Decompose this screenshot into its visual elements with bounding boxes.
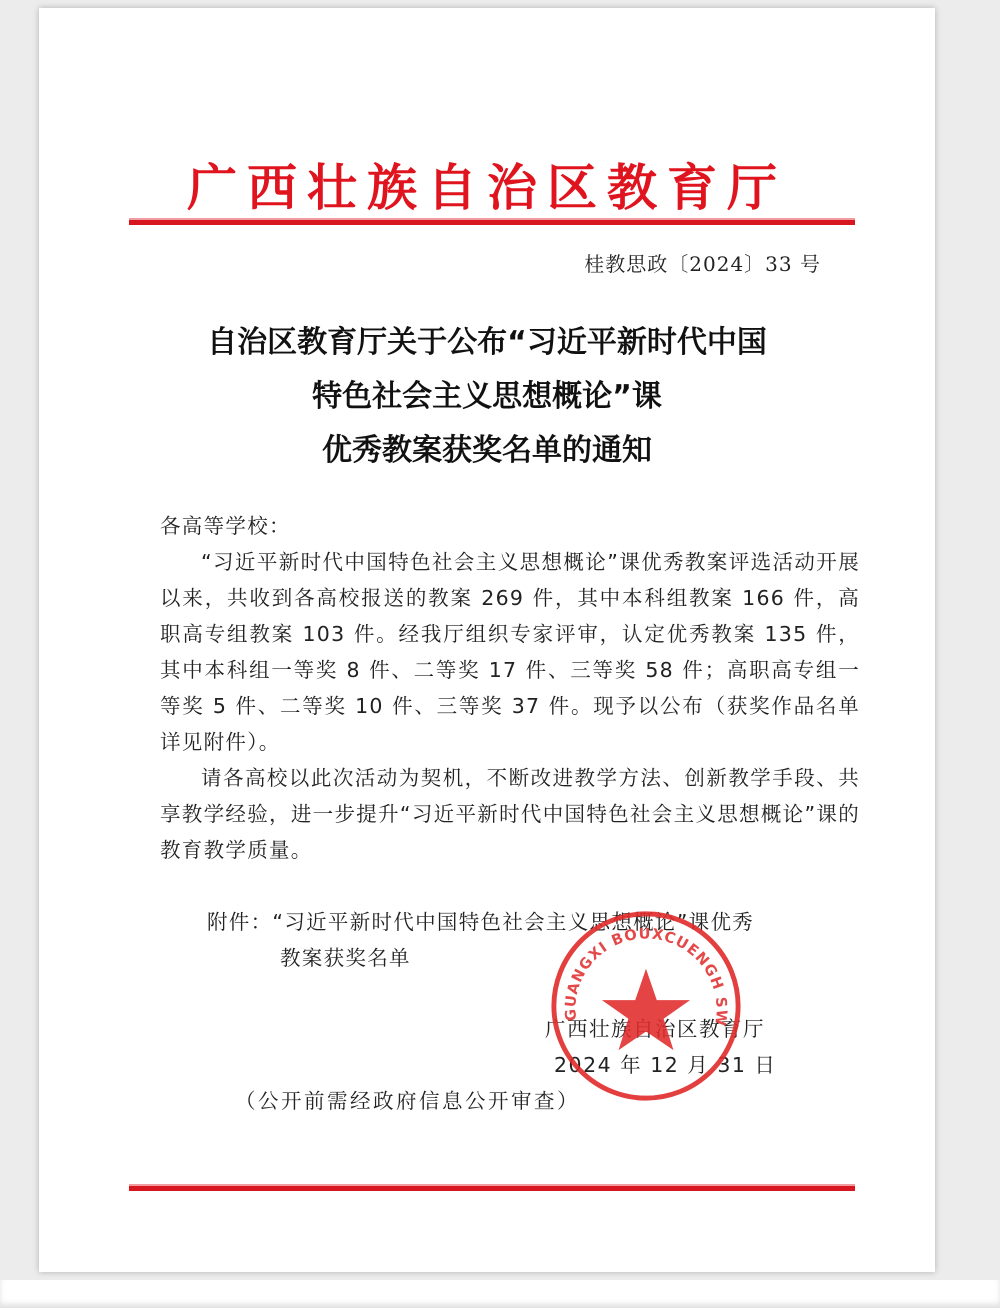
title-line-3: 优秀教案获奖名单的通知 — [39, 424, 935, 478]
paragraph-1: “习近平新时代中国特色社会主义思想概论”课优秀教案评选活动开展以来，共收到各高校… — [160, 544, 860, 760]
letterhead-title: 广西壮族自治区教育厅 — [39, 158, 935, 218]
document-body: 各高等学校： “习近平新时代中国特色社会主义思想概论”课优秀教案评选活动开展以来… — [160, 508, 860, 868]
document-title: 自治区教育厅关于公布“习近平新时代中国 特色社会主义思想概论”课 优秀教案获奖名… — [39, 316, 935, 478]
document-page: 广西壮族自治区教育厅 桂教思政〔2024〕33 号 自治区教育厅关于公布“习近平… — [39, 8, 935, 1272]
title-line-1: 自治区教育厅关于公布“习近平新时代中国 — [39, 316, 935, 370]
letterhead-rule-top — [129, 218, 855, 225]
title-line-2: 特色社会主义思想概论”课 — [39, 370, 935, 424]
official-seal-icon: GUANGXI BOUXCUENGH SWCIGIH YUZDINGH 广西壮族… — [548, 908, 744, 1104]
disclosure-note: （公开前需经政府信息公开审查） — [235, 1084, 580, 1114]
footer-rule — [129, 1184, 855, 1191]
paragraph-2: 请各高校以此次活动为契机，不断改进教学方法、创新教学手段、共享教学经验，进一步提… — [160, 760, 860, 868]
attachment-line-1: 附件：“习近平新时代中国特色社会主义思想概论”课优秀 — [207, 904, 867, 940]
attachment-note: 附件：“习近平新时代中国特色社会主义思想概论”课优秀 教案获奖名单 — [207, 904, 867, 976]
viewer-bottom-band — [0, 1280, 1000, 1308]
attachment-line-2: 教案获奖名单 — [207, 940, 867, 976]
document-number: 桂教思政〔2024〕33 号 — [584, 248, 821, 277]
salutation: 各高等学校： — [160, 508, 860, 544]
